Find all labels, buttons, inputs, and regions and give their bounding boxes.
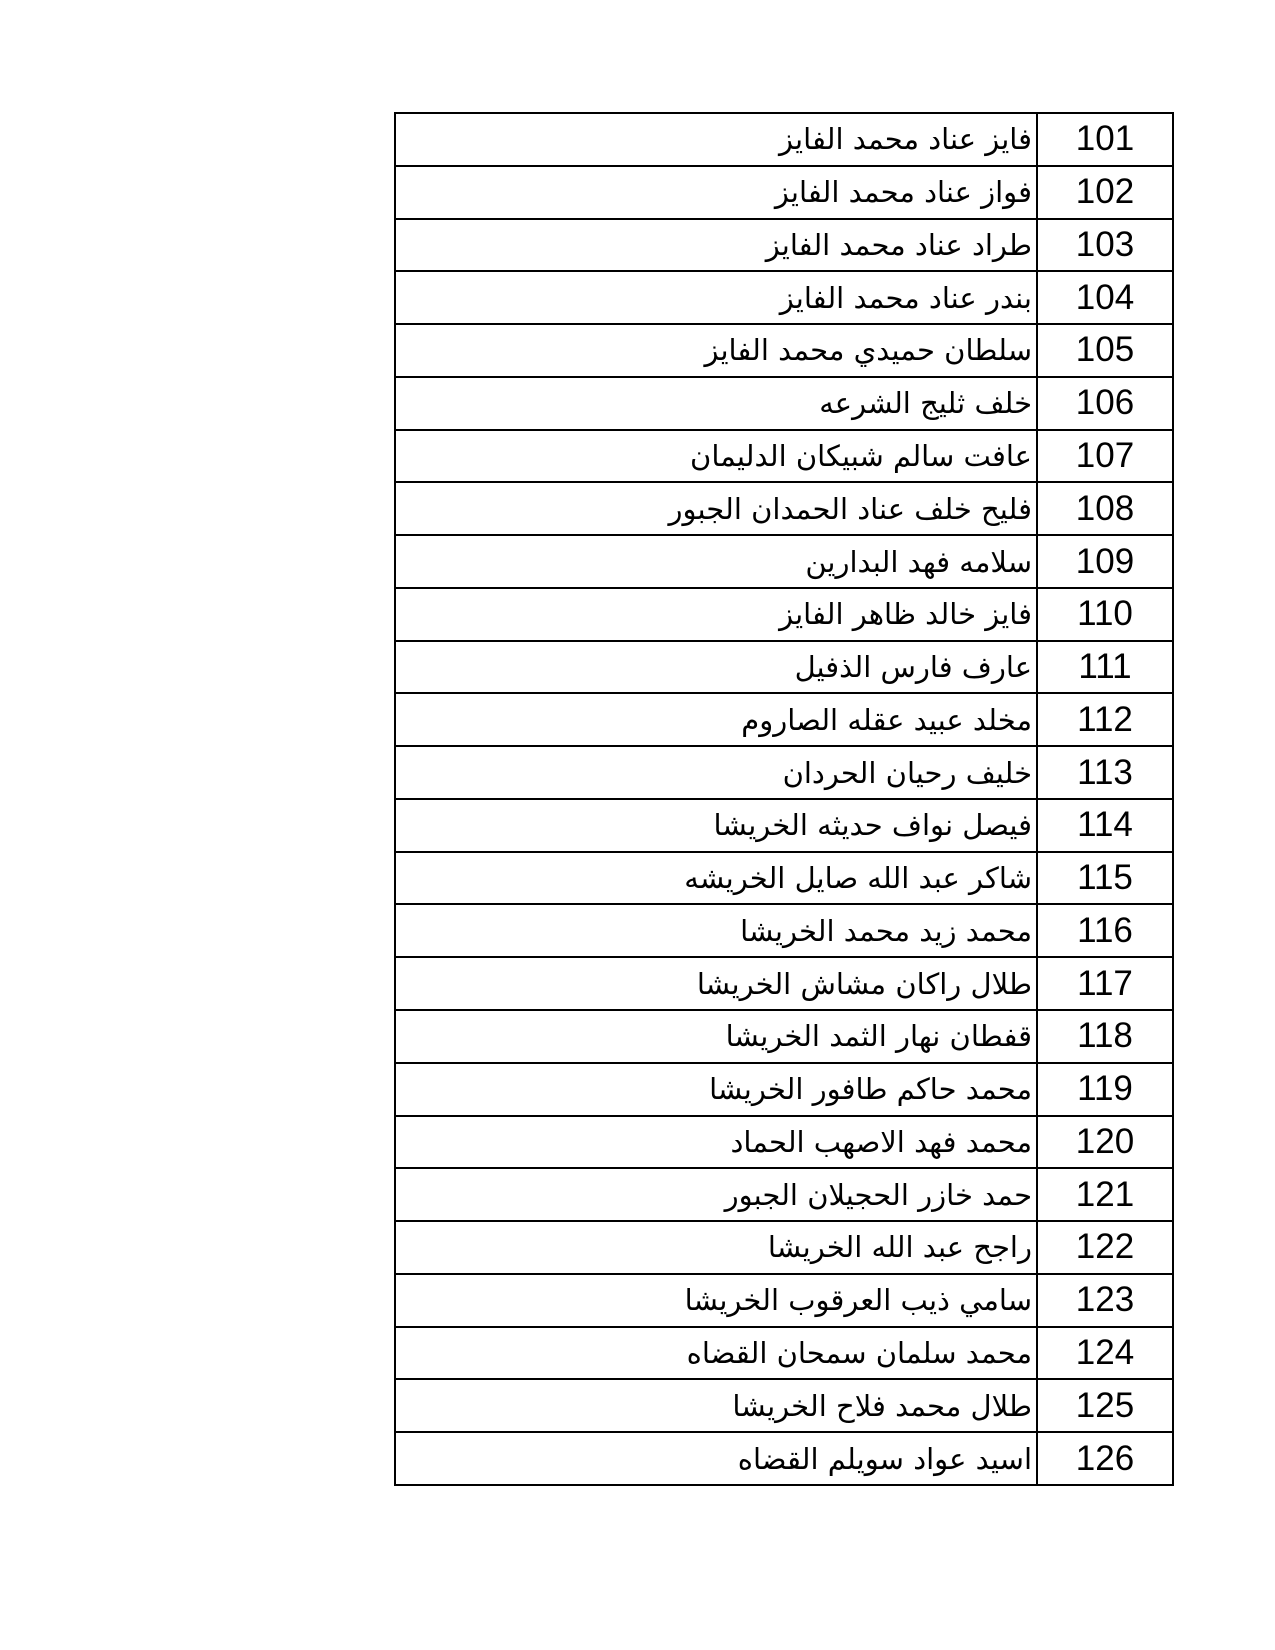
table-row: عارف فارس الذفيل 111 — [395, 641, 1173, 694]
name-cell: قفطان نهار الثمد الخريشا — [395, 1010, 1037, 1063]
number-cell: 112 — [1037, 693, 1173, 746]
table-row: راجح عبد الله الخريشا 122 — [395, 1221, 1173, 1274]
name-cell: سامي ذيب العرقوب الخريشا — [395, 1274, 1037, 1327]
number-cell: 119 — [1037, 1063, 1173, 1116]
name-cell: فواز عناد محمد الفايز — [395, 166, 1037, 219]
name-cell: سلطان حميدي محمد الفايز — [395, 324, 1037, 377]
table-row: فايز خالد ظاهر الفايز 110 — [395, 588, 1173, 641]
number-cell: 116 — [1037, 904, 1173, 957]
number-cell: 118 — [1037, 1010, 1173, 1063]
table-row: سلامه فهد البدارين 109 — [395, 535, 1173, 588]
name-cell: خليف رحيان الحردان — [395, 746, 1037, 799]
table-row: قفطان نهار الثمد الخريشا 118 — [395, 1010, 1173, 1063]
name-cell: حمد خازر الحجيلان الجبور — [395, 1168, 1037, 1221]
number-cell: 110 — [1037, 588, 1173, 641]
name-cell: طلال راكان مشاش الخريشا — [395, 957, 1037, 1010]
name-cell: بندر عناد محمد الفايز — [395, 271, 1037, 324]
number-cell: 105 — [1037, 324, 1173, 377]
number-cell: 104 — [1037, 271, 1173, 324]
table-row: فواز عناد محمد الفايز 102 — [395, 166, 1173, 219]
table-row: مخلد عبيد عقله الصاروم 112 — [395, 693, 1173, 746]
names-table: فايز عناد محمد الفايز 101 فواز عناد محمد… — [394, 112, 1174, 1486]
table-row: محمد فهد الاصهب الحماد 120 — [395, 1116, 1173, 1169]
name-cell: خلف ثليج الشرعه — [395, 377, 1037, 430]
table-row: فيصل نواف حديثه الخريشا 114 — [395, 799, 1173, 852]
number-cell: 124 — [1037, 1327, 1173, 1380]
number-cell: 106 — [1037, 377, 1173, 430]
name-cell: سلامه فهد البدارين — [395, 535, 1037, 588]
number-cell: 123 — [1037, 1274, 1173, 1327]
number-cell: 122 — [1037, 1221, 1173, 1274]
name-cell: طراد عناد محمد الفايز — [395, 219, 1037, 272]
name-cell: طلال محمد فلاح الخريشا — [395, 1379, 1037, 1432]
number-cell: 107 — [1037, 430, 1173, 483]
table-row: خلف ثليج الشرعه 106 — [395, 377, 1173, 430]
number-cell: 120 — [1037, 1116, 1173, 1169]
number-cell: 115 — [1037, 852, 1173, 905]
table-row: فايز عناد محمد الفايز 101 — [395, 113, 1173, 166]
table-row: اسيد عواد سويلم القضاه 126 — [395, 1432, 1173, 1485]
name-cell: راجح عبد الله الخريشا — [395, 1221, 1037, 1274]
number-cell: 101 — [1037, 113, 1173, 166]
table-row: حمد خازر الحجيلان الجبور 121 — [395, 1168, 1173, 1221]
number-cell: 108 — [1037, 482, 1173, 535]
name-cell: محمد فهد الاصهب الحماد — [395, 1116, 1037, 1169]
number-cell: 103 — [1037, 219, 1173, 272]
number-cell: 109 — [1037, 535, 1173, 588]
table-row: سامي ذيب العرقوب الخريشا 123 — [395, 1274, 1173, 1327]
name-cell: فايز عناد محمد الفايز — [395, 113, 1037, 166]
table-row: بندر عناد محمد الفايز 104 — [395, 271, 1173, 324]
table-row: فليح خلف عناد الحمدان الجبور 108 — [395, 482, 1173, 535]
number-cell: 111 — [1037, 641, 1173, 694]
name-cell: فيصل نواف حديثه الخريشا — [395, 799, 1037, 852]
name-cell: محمد حاكم طافور الخريشا — [395, 1063, 1037, 1116]
name-cell: محمد سلمان سمحان القضاه — [395, 1327, 1037, 1380]
table-row: طلال محمد فلاح الخريشا 125 — [395, 1379, 1173, 1432]
table-row: محمد سلمان سمحان القضاه 124 — [395, 1327, 1173, 1380]
number-cell: 117 — [1037, 957, 1173, 1010]
name-cell: مخلد عبيد عقله الصاروم — [395, 693, 1037, 746]
name-cell: فليح خلف عناد الحمدان الجبور — [395, 482, 1037, 535]
table-row: سلطان حميدي محمد الفايز 105 — [395, 324, 1173, 377]
table-row: خليف رحيان الحردان 113 — [395, 746, 1173, 799]
table-row: طراد عناد محمد الفايز 103 — [395, 219, 1173, 272]
number-cell: 125 — [1037, 1379, 1173, 1432]
table-row: طلال راكان مشاش الخريشا 117 — [395, 957, 1173, 1010]
table-row: شاكر عبد الله صايل الخريشه 115 — [395, 852, 1173, 905]
number-cell: 121 — [1037, 1168, 1173, 1221]
name-cell: شاكر عبد الله صايل الخريشه — [395, 852, 1037, 905]
table-row: محمد زيد محمد الخريشا 116 — [395, 904, 1173, 957]
name-cell: محمد زيد محمد الخريشا — [395, 904, 1037, 957]
number-cell: 114 — [1037, 799, 1173, 852]
names-table-body: فايز عناد محمد الفايز 101 فواز عناد محمد… — [395, 113, 1173, 1485]
name-cell: فايز خالد ظاهر الفايز — [395, 588, 1037, 641]
table-row: عافت سالم شبيكان الدليمان 107 — [395, 430, 1173, 483]
number-cell: 126 — [1037, 1432, 1173, 1485]
number-cell: 113 — [1037, 746, 1173, 799]
name-cell: عارف فارس الذفيل — [395, 641, 1037, 694]
name-cell: اسيد عواد سويلم القضاه — [395, 1432, 1037, 1485]
name-cell: عافت سالم شبيكان الدليمان — [395, 430, 1037, 483]
number-cell: 102 — [1037, 166, 1173, 219]
table-row: محمد حاكم طافور الخريشا 119 — [395, 1063, 1173, 1116]
